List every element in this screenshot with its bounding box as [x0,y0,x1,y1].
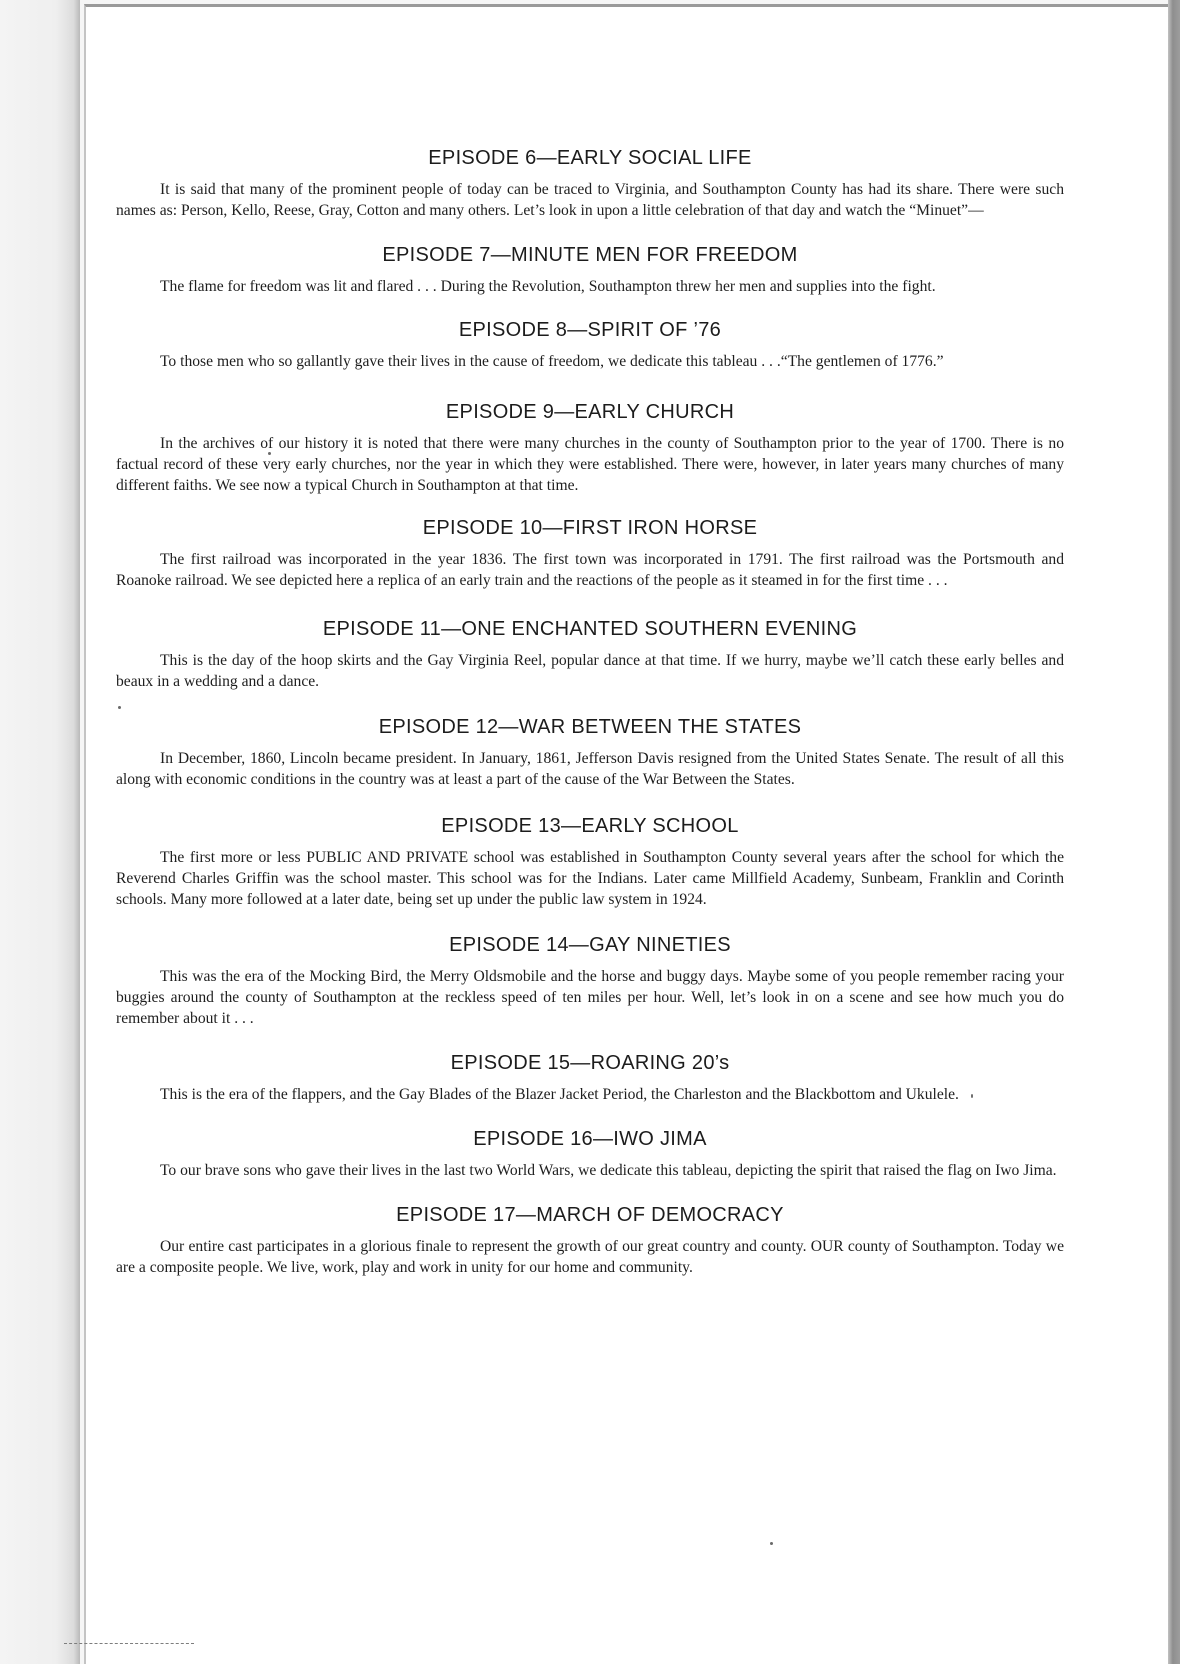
episode-15: EPISODE 15—ROARING 20’s This is the era … [116,1051,1064,1105]
scan-speck [268,452,271,455]
episode-13: EPISODE 13—EARLY SCHOOL The first more o… [116,814,1064,910]
episode-description: In December, 1860, Lincoln became presid… [116,748,1064,790]
scan-right-edge [1168,0,1180,1664]
episode-title: EPISODE 7—MINUTE MEN FOR FREEDOM [116,243,1064,267]
episode-title: EPISODE 11—ONE ENCHANTED SOUTHERN EVENIN… [116,617,1064,641]
episode-17: EPISODE 17—MARCH OF DEMOCRACY Our entire… [116,1203,1064,1278]
episode-description: This is the day of the hoop skirts and t… [116,650,1064,692]
episode-10: EPISODE 10—FIRST IRON HORSE The first ra… [116,516,1064,591]
episode-title: EPISODE 14—GAY NINETIES [116,933,1064,957]
episode-6: EPISODE 6—EARLY SOCIAL LIFE It is said t… [116,146,1064,221]
episode-list: EPISODE 6—EARLY SOCIAL LIFE It is said t… [116,146,1064,1278]
episode-description: This was the era of the Mocking Bird, th… [116,966,1064,1029]
episode-title: EPISODE 16—IWO JIMA [116,1127,1064,1151]
episode-title: EPISODE 15—ROARING 20’s [116,1051,1064,1075]
episode-title: EPISODE 8—SPIRIT OF ’76 [116,318,1064,342]
episode-description: To our brave sons who gave their lives i… [116,1160,1064,1181]
episode-description: The flame for freedom was lit and flared… [116,276,1064,297]
episode-11: EPISODE 11—ONE ENCHANTED SOUTHERN EVENIN… [116,617,1064,692]
episode-title: EPISODE 12—WAR BETWEEN THE STATES [116,715,1064,739]
episode-description: It is said that many of the prominent pe… [116,179,1064,221]
scan-left-margin [0,0,80,1664]
scan-footer-mark [64,1643,194,1644]
episode-description: To those men who so gallantly gave their… [116,351,1064,372]
episode-title: EPISODE 17—MARCH OF DEMOCRACY [116,1203,1064,1227]
episode-title: EPISODE 6—EARLY SOCIAL LIFE [116,146,1064,170]
episode-description: This is the era of the flappers, and the… [116,1084,1064,1105]
episode-title: EPISODE 9—EARLY CHURCH [116,400,1064,424]
scan-speck [971,1094,973,1098]
episode-9: EPISODE 9—EARLY CHURCH In the archives o… [116,400,1064,496]
episode-description: The first more or less PUBLIC AND PRIVAT… [116,847,1064,910]
episode-14: EPISODE 14—GAY NINETIES This was the era… [116,933,1064,1029]
scan-speck [118,706,121,709]
episode-description: The first railroad was incorporated in t… [116,549,1064,591]
scan-speck [770,1542,773,1545]
episode-12: EPISODE 12—WAR BETWEEN THE STATES In Dec… [116,715,1064,790]
episode-16: EPISODE 16—IWO JIMA To our brave sons wh… [116,1127,1064,1181]
episode-description: Our entire cast participates in a glorio… [116,1236,1064,1278]
episode-title: EPISODE 13—EARLY SCHOOL [116,814,1064,838]
episode-description: In the archives of our history it is not… [116,433,1064,496]
episode-title: EPISODE 10—FIRST IRON HORSE [116,516,1064,540]
episode-8: EPISODE 8—SPIRIT OF ’76 To those men who… [116,318,1064,372]
episode-7: EPISODE 7—MINUTE MEN FOR FREEDOM The fla… [116,243,1064,297]
